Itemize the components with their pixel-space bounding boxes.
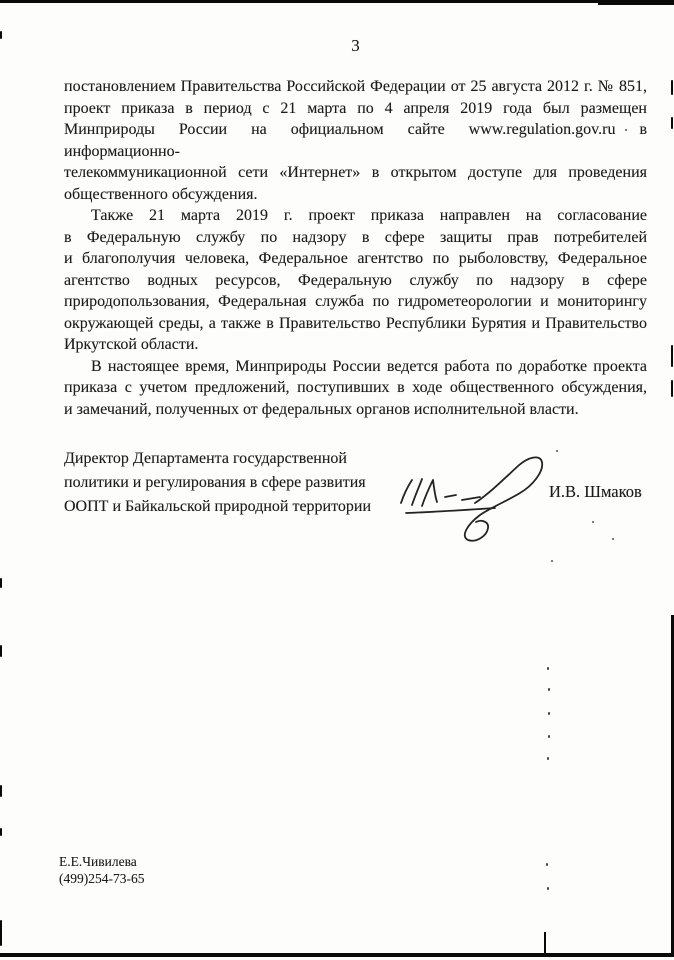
scan-artifact-bottom-tick: [544, 932, 546, 953]
scan-artifact-right-dash: [671, 345, 673, 367]
text-line: телекоммуникационной сети «Интернет» в о…: [64, 162, 647, 184]
signature-title-line: Директор Департамента государственной: [64, 447, 394, 471]
scan-artifact-right-dash: [671, 380, 673, 397]
scan-artifact-speck: [551, 560, 553, 562]
scan-artifact-left-dash: [0, 920, 2, 946]
scan-artifact-dot: [548, 735, 550, 738]
text-line: и замечаний, полученных от федеральных о…: [64, 399, 647, 421]
scan-artifact-dot: [548, 688, 550, 691]
scan-artifact-bottom-edge: [0, 953, 674, 957]
scan-artifact-speck: [556, 450, 558, 452]
paragraph: В настоящее время, Минприроды России вед…: [64, 356, 647, 421]
scan-artifact-dot: [547, 757, 549, 760]
text-line: постановлением Правительства Российской …: [64, 76, 647, 98]
signer-name: И.В. Шмаков: [549, 482, 642, 502]
text-line: Иркутской области.: [64, 334, 647, 356]
scan-artifact-left-dash: [0, 578, 2, 588]
signature-title: Директор Департамента государственнойпол…: [64, 447, 394, 519]
scan-artifact-top-edge: [0, 0, 674, 3]
scan-artifact-dot: [547, 887, 549, 890]
text-line: общественного обсуждения.: [64, 184, 647, 206]
signature-title-line: ООПТ и Байкальской природной территории: [64, 495, 394, 519]
handwritten-signature-icon: [390, 448, 550, 553]
scan-artifact-right-dash: [671, 80, 673, 95]
scanned-document-page: 3 постановлением Правительства Российско…: [0, 0, 674, 960]
text-line: проект приказа в период с 21 марта по 4 …: [64, 98, 647, 120]
scan-artifact-dot: [546, 863, 548, 866]
executor-contact: Е.Е.Чивилева (499)254-73-65: [59, 854, 144, 887]
text-line: Также 21 марта 2019 г. проект приказа на…: [64, 205, 647, 227]
executor-name: Е.Е.Чивилева: [59, 854, 144, 871]
scan-artifact-left-dash: [0, 645, 2, 657]
signature-title-line: политики и регулирования в сфере развити…: [64, 471, 394, 495]
scan-artifact-left-dash: [0, 828, 2, 836]
executor-phone: (499)254-73-65: [59, 871, 144, 888]
scan-artifact-dot: [548, 712, 550, 715]
text-line: агентство водных ресурсов, Федеральную с…: [64, 270, 647, 292]
paragraph: Также 21 марта 2019 г. проект приказа на…: [64, 205, 647, 356]
text-line: окружающей среды, а также в Правительств…: [64, 313, 647, 335]
scan-artifact-left-dash: [0, 31, 2, 39]
scan-artifact-speck: [612, 538, 614, 540]
text-line: приказа с учетом предложений, поступивши…: [64, 377, 647, 399]
document-body: постановлением Правительства Российской …: [64, 76, 647, 420]
text-line: Минприроды России на официальном сайте w…: [64, 119, 647, 162]
paragraph: постановлением Правительства Российской …: [64, 76, 647, 205]
scan-artifact-dot: [547, 667, 549, 670]
scan-artifact-left-dash: [0, 785, 2, 797]
text-line: в Федеральную службу по надзору в сфере …: [64, 227, 647, 249]
scan-artifact-right-dash: [671, 117, 673, 129]
scan-artifact-top-edge-right: [598, 0, 674, 5]
text-line: природопользования, Федеральная служба п…: [64, 291, 647, 313]
text-line: В настоящее время, Минприроды России вед…: [64, 356, 647, 378]
scan-artifact-speck: [592, 521, 594, 523]
page-number: 3: [64, 36, 647, 56]
text-line: и благополучия человека, Федеральное аге…: [64, 248, 647, 270]
